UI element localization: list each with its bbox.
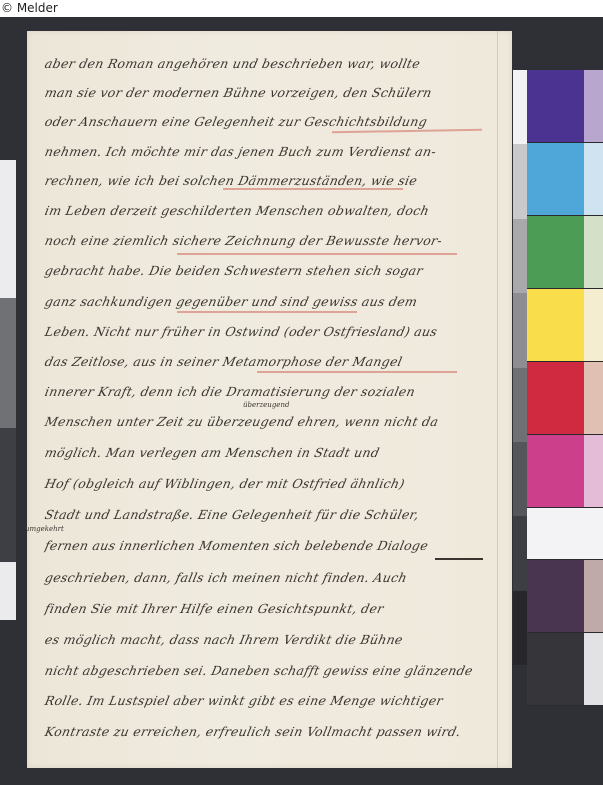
color-patch-magenta-tint [584,435,603,508]
text-line-5: rechnen, wie ich bei solchen Dämmerzustä… [42,166,508,196]
gray-step-3 [0,428,16,562]
gray-step-2 [0,298,16,428]
color-patch-dark-gray [527,633,584,706]
color-patch-magenta [527,435,584,508]
color-patch-dark-purple [527,560,584,633]
red-pencil-underline [223,188,403,190]
text-line-9: ganz sachkundigen gegenüber und sind gew… [42,287,508,317]
color-patch-purple-tint [584,70,603,143]
gray-step [513,70,527,144]
copyright-credit: © Melder [0,0,603,17]
gray-step [513,442,527,516]
red-pencil-underline [177,311,357,313]
color-patch-red-tint [584,362,603,435]
color-patch-white-tint [584,508,603,560]
text-line-21: nicht abgeschrieben sei. Daneben schafft… [42,656,508,686]
text-line-11: das Zeitlose, aus in seiner Metamorphose… [42,347,508,377]
text-line-3: oder Anschauern eine Gelegenheit zur Ges… [42,107,508,137]
color-patch-yellow [527,289,584,362]
color-patch-cyan [527,143,584,216]
gray-step [513,591,527,665]
text-line-4: nehmen. Ich möchte mir das jenen Buch zu… [42,137,508,167]
text-line-6: im Leben derzeit geschilderten Menschen … [42,196,508,226]
text-line-7: noch eine ziemlich sichere Zeichnung der… [42,226,508,256]
text-line-10: Leben. Nicht nur früher in Ostwind (oder… [42,317,508,347]
color-patch-white [527,508,584,560]
text-line-23: Kontraste zu erreichen, erfreulich sein … [42,717,508,747]
gray-step [513,144,527,218]
gray-step [513,368,527,442]
text-line-19: finden Sie mit Ihrer Hilfe einen Gesicht… [42,594,508,624]
text-line-16: Stadt und Landstraße. Eine Gelegenheit f… [42,500,508,530]
gray-step [513,219,527,293]
color-patch-purple [527,70,584,143]
manuscript-scan: aber den Roman angehören und beschrieben… [0,17,603,785]
red-pencil-underline [177,253,457,255]
manuscript-page: aber den Roman angehören und beschrieben… [27,31,512,768]
color-patch-cyan-tint [584,143,603,216]
color-patch-green [527,216,584,289]
text-line-17: fernen aus innerlichen Momenten sich bel… [42,531,508,561]
color-patch-dark-gray-tint [584,633,603,706]
color-patch-yellow-tint [584,289,603,362]
red-pencil-underline [257,371,457,373]
color-patch-dark-purple-tint [584,560,603,633]
text-line-22: Rolle. Im Lustspiel aber winkt gibt es e… [42,686,508,716]
gray-step [513,516,527,590]
color-calibration-chart [513,70,603,765]
gray-step-1 [0,160,16,298]
text-line-14: möglich. Man verlegen am Menschen in Sta… [42,438,508,468]
grayscale-column [513,70,527,665]
gray-step-4 [0,562,16,620]
color-patch-red [527,362,584,435]
text-line-15: Hof (obgleich auf Wiblingen, der mit Ost… [42,469,508,499]
ink-underline [435,558,483,560]
text-line-2: man sie vor der modernen Bühne vorzeigen… [42,78,508,108]
text-line-1: aber den Roman angehören und beschrieben… [42,49,508,79]
text-line-13: Menschen unter Zeit zu überzeugend ehren… [42,407,508,437]
text-line-20: es möglich macht, dass nach Ihrem Verdik… [42,625,508,655]
gray-step [513,293,527,367]
text-line-8: gebracht habe. Die beiden Schwestern ste… [42,256,508,286]
color-patch-green-tint [584,216,603,289]
text-line-18: geschrieben, dann, falls ich meinen nich… [42,563,508,593]
